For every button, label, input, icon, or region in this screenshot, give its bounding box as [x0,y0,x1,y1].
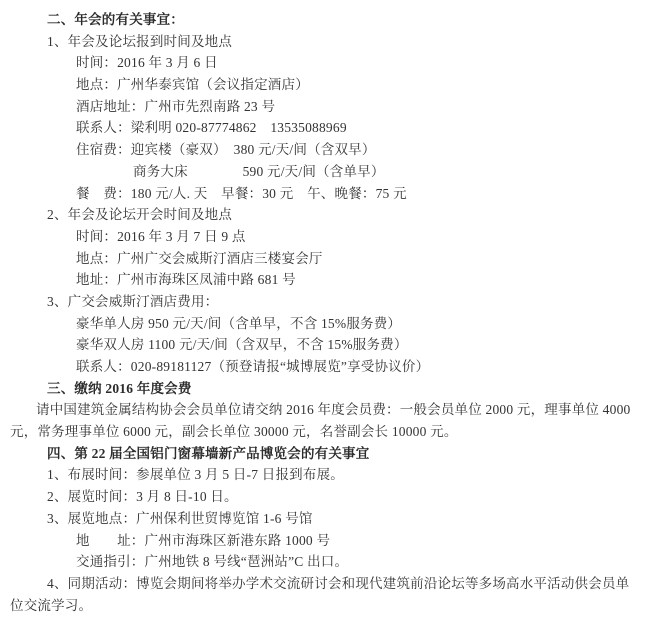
section-heading: 二、年会的有关事宜： [47,9,650,31]
doc-line: 2、展览时间：3 月 8 日-10 日。 [47,486,650,508]
doc-line: 联系人：020-89181127（预登请报“城博展览”享受协议价） [76,356,650,378]
doc-line: 时间：2016 年 3 月 6 日 [76,52,650,74]
doc-line: 3、广交会威斯汀酒店费用： [47,291,650,313]
doc-line: 位交流学习。 [10,595,650,617]
section-heading: 四、第 22 届全国铝门窗幕墙新产品博览会的有关事宜 [47,443,650,465]
doc-line: 2、年会及论坛开会时间及地点 [47,204,650,226]
doc-line: 1、布展时间：参展单位 3 月 5 日-7 日报到布展。 [47,464,650,486]
doc-line: 请中国建筑金属结构协会会员单位请交纳 2016 年度会员费：一般会员单位 200… [36,399,650,421]
doc-line: 4、同期活动：博览会期间将举办学术交流研讨会和现代建筑前沿论坛等多场高水平活动供… [47,573,650,595]
doc-line: 酒店地址：广州市先烈南路 23 号 [76,96,650,118]
doc-line: 交通指引：广州地铁 8 号线“琶洲站”C 出口。 [76,551,650,573]
doc-line: 商务大床 590 元/天/间（含单早） [133,161,650,183]
doc-line: 地 址：广州市海珠区新港东路 1000 号 [76,530,650,552]
doc-line: 时间：2016 年 3 月 7 日 9 点 [76,226,650,248]
doc-line: 元，常务理事单位 6000 元，副会长单位 30000 元，名誉副会长 1000… [10,421,650,443]
doc-line: 地址：广州市海珠区凤浦中路 681 号 [76,269,650,291]
doc-line: 地点：广州广交会威斯汀酒店三楼宴会厅 [76,248,650,270]
doc-line: 地点：广州华泰宾馆（会议指定酒店） [76,74,650,96]
doc-line: 豪华单人房 950 元/天/间（含单早，不含 15%服务费） [76,313,650,335]
doc-line: 豪华双人房 1100 元/天/间（含双早，不含 15%服务费） [76,334,650,356]
doc-line: 联系人：梁利明 020-87774862 13535088969 [76,117,650,139]
doc-line: 住宿费：迎宾楼（豪双） 380 元/天/间（含双早） [76,139,650,161]
doc-line: 3、展览地点：广州保利世贸博览馆 1-6 号馆 [47,508,650,530]
document-page: 二、年会的有关事宜：1、年会及论坛报到时间及地点时间：2016 年 3 月 6 … [0,0,650,619]
section-heading: 三、缴纳 2016 年度会费 [47,378,650,400]
document-body: 二、年会的有关事宜：1、年会及论坛报到时间及地点时间：2016 年 3 月 6 … [0,0,650,616]
doc-line: 1、年会及论坛报到时间及地点 [47,31,650,53]
doc-line: 餐 费：180 元/人. 天 早餐：30 元 午、晚餐：75 元 [76,183,650,205]
